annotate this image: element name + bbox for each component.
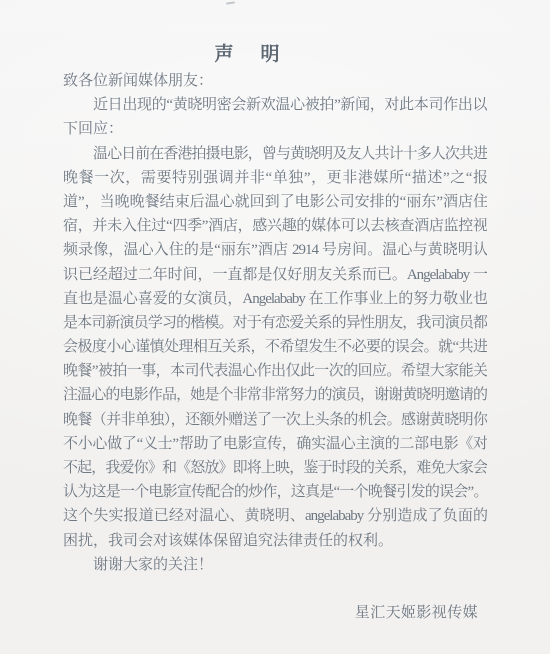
statement-line: 困扰，我司会对该媒体保留追究法律责任的权利。 [63, 529, 487, 553]
statement-line: 晚餐一次，需要特别强调并非“单独”，更非港媒所“描述”之“报 [63, 166, 487, 190]
statement-body: 致各位新闻媒体朋友： 近日出现的“黄晓明密会新欢温心被拍”新闻，对此本司作出以 … [63, 69, 487, 577]
statement-title: 声 明 [0, 39, 524, 66]
statement-line: 谢谢大家的关注！ [63, 553, 487, 577]
statement-line: 是本司新演员学习的楷模。对于有恋爱关系的异性朋友，我司演员都 [63, 311, 487, 335]
statement-line: 会极度小心谨慎处理相互关系，不希望发生不必要的误会。就“共进 [63, 335, 487, 359]
scanned-statement-page: 声 明 致各位新闻媒体朋友： 近日出现的“黄晓明密会新欢温心被拍”新闻，对此本司… [0, 0, 550, 654]
statement-line: 温心日前在香港拍摄电影，曾与黄晓明及友人共计十多人次共进 [63, 142, 487, 166]
statement-line: 直也是温心喜爱的女演员，Angelababy 在工作事业上的努力敬业也 [63, 287, 487, 311]
statement-line: 近日出现的“黄晓明密会新欢温心被拍”新闻，对此本司作出以 [63, 93, 487, 117]
statement-line: 不起，我爱你》和《怒放》即将上映，鉴于时段的关系，难免大家会 [63, 456, 487, 480]
statement-line: 注温心的电影作品，她是个非常非常努力的演员，谢谢黄晓明邀请的 [63, 383, 487, 407]
scan-speck-artifact [226, 1, 235, 4]
statement-line: 认为这是一个电影宣传配合的炒作，这真是“一个晚餐引发的误会”。 [63, 480, 487, 504]
statement-line: 宿，并未入住过“四季”酒店，感兴趣的媒体可以去核查酒店监控视 [63, 214, 487, 238]
statement-line: 致各位新闻媒体朋友： [63, 69, 487, 93]
statement-line: 不小心做了“义士”帮助了电影宣传，确实温心主演的二部电影《对 [63, 432, 487, 456]
company-signature: 星汇天姬影视传媒 [0, 601, 478, 625]
statement-line: 下回应： [63, 117, 487, 141]
statement-line: 道”，当晚晚餐结束后温心就回到了电影公司安排的“丽东”酒店住 [63, 190, 487, 214]
statement-line: 晚餐”被拍一事，本司代表温心作出仅此一次的回应。希望大家能关 [63, 359, 487, 383]
statement-line: 频录像，温心入住的是“丽东”酒店 2914 号房间。温心与黄晓明认 [63, 238, 487, 262]
statement-line: 识已经超过二年时间，一直都是仅好朋友关系而已。Angelababy 一 [63, 263, 487, 287]
statement-line: 晚餐（并非单独），还额外赠送了一次上头条的机会。感谢黄晓明你 [63, 408, 487, 432]
statement-line: 这个失实报道已经对温心、黄晓明、angelababy 分别造成了负面的 [63, 504, 487, 528]
